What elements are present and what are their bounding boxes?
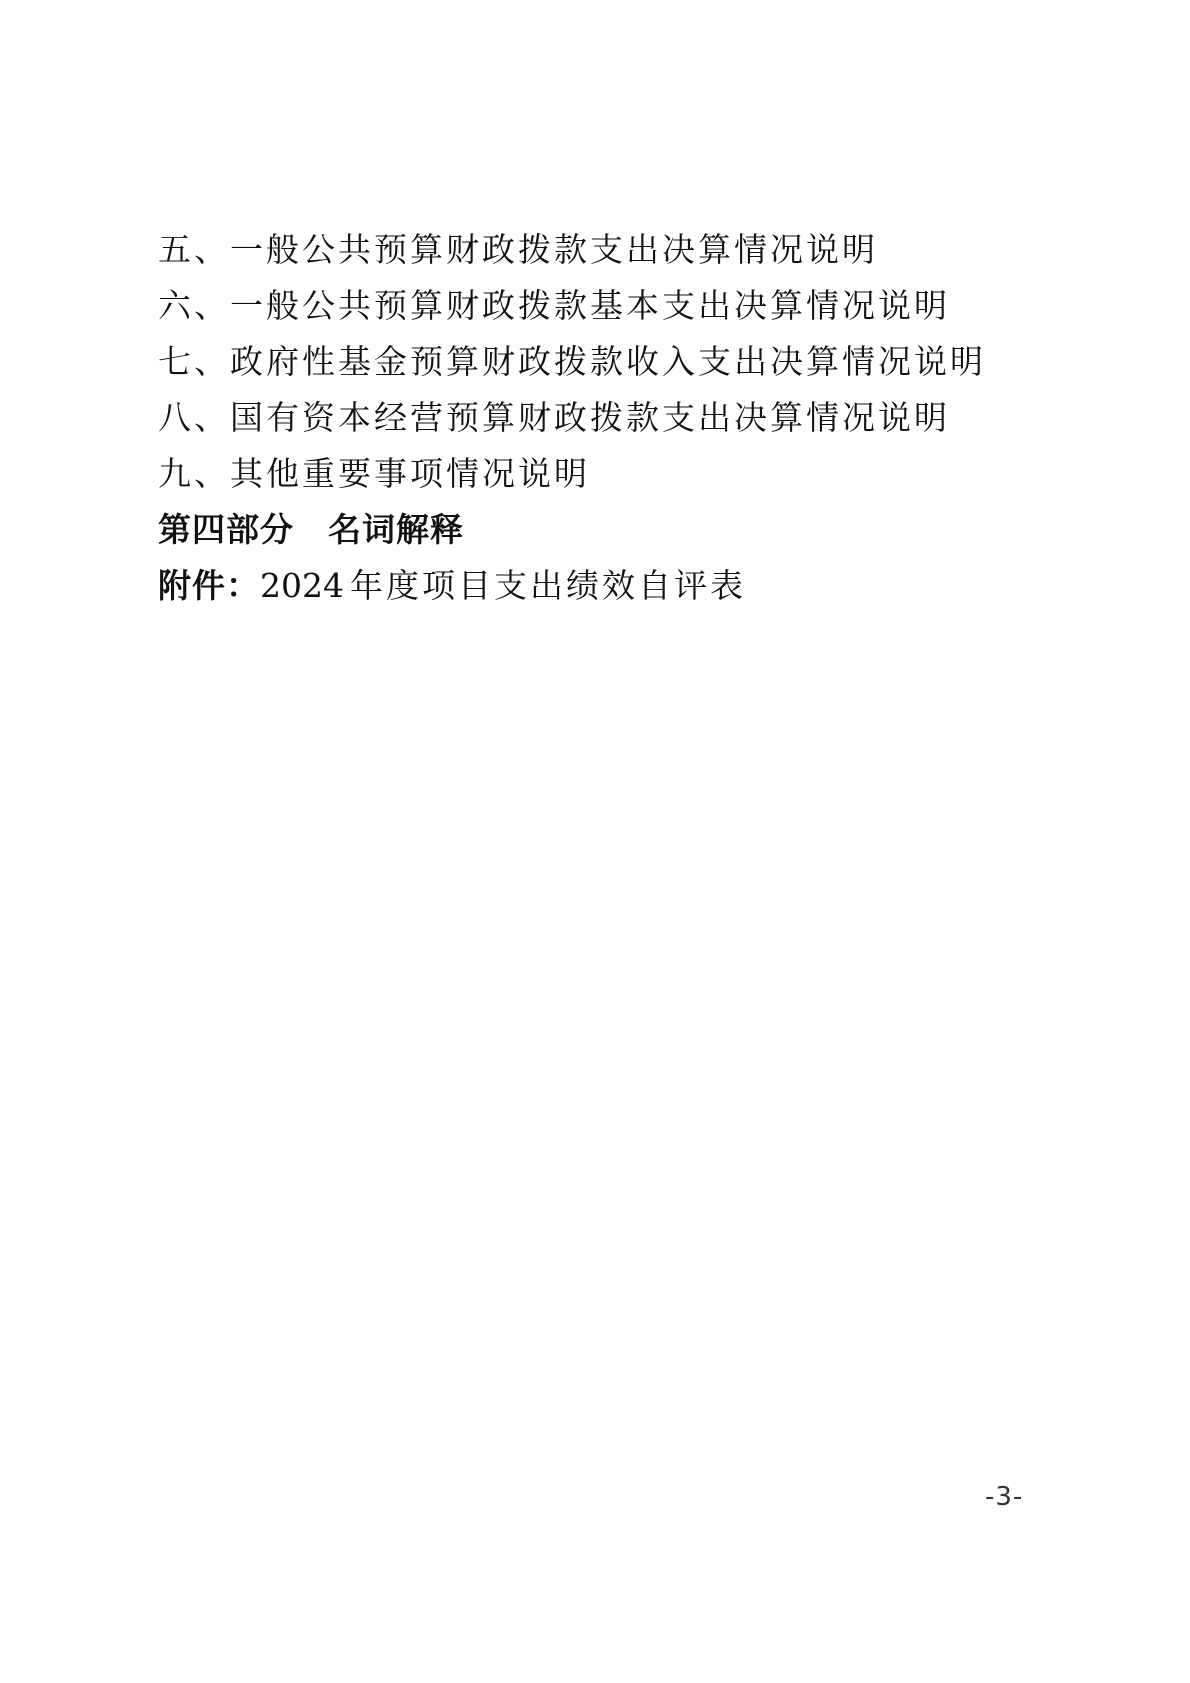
toc-part-four-heading: 第四部分名词解释 — [158, 502, 1078, 558]
document-page: 五、一般公共预算财政拨款支出决算情况说明 六、一般公共预算财政拨款基本支出决算情… — [0, 0, 1190, 1683]
part-four-label: 第四部分 — [158, 510, 294, 549]
part-four-title: 名词解释 — [328, 510, 464, 549]
toc-item-5: 五、一般公共预算财政拨款支出决算情况说明 — [158, 222, 1078, 278]
page-number: -3- — [985, 1482, 1023, 1512]
toc-item-6: 六、一般公共预算财政拨款基本支出决算情况说明 — [158, 278, 1078, 334]
toc-item-9: 九、其他重要事项情况说明 — [158, 446, 1078, 502]
table-of-contents: 五、一般公共预算财政拨款支出决算情况说明 六、一般公共预算财政拨款基本支出决算情… — [158, 222, 1078, 614]
attachment-year: 2024 — [260, 566, 344, 605]
attachment-label: 附件： — [158, 566, 260, 605]
toc-item-7: 七、政府性基金预算财政拨款收入支出决算情况说明 — [158, 334, 1078, 390]
attachment-title: 年度项目支出绩效自评表 — [350, 566, 746, 605]
toc-attachment: 附件：2024年度项目支出绩效自评表 — [158, 558, 1078, 614]
toc-item-8: 八、国有资本经营预算财政拨款支出决算情况说明 — [158, 390, 1078, 446]
